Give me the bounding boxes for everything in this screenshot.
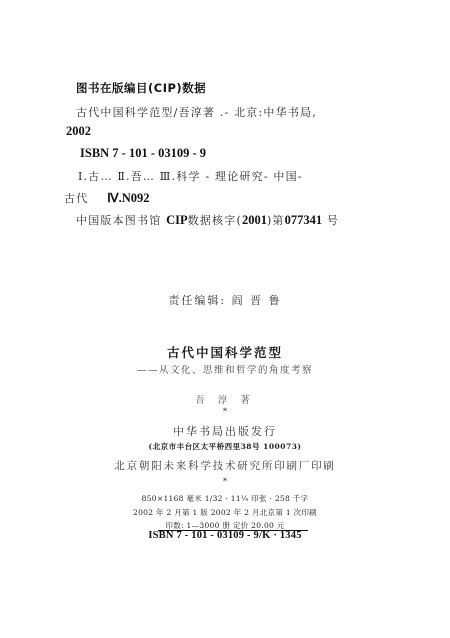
isbn-full: ISBN 7 - 101 - 03109 - 9/K · 1345 (0, 530, 450, 541)
cip-title-line: 古代中国科学范型/吾淳著 .- 北京:中华书局, (76, 104, 317, 120)
cip-number-mid2: )第 (267, 214, 285, 227)
cip-classification: Ⅳ.N092 (107, 191, 149, 205)
cip-number-year: 2001 (242, 213, 267, 227)
cip-isbn: ISBN 7 - 101 - 03109 - 9 (80, 146, 206, 161)
edition-info: 2002 年 2 月第 1 版 2002 年 2 月北京第 1 次印刷 (0, 507, 450, 518)
cip-number-value: 077341 (285, 213, 323, 227)
cip-publication-year: 2002 (66, 124, 91, 139)
cip-data-number: 中国版本图书馆 CIP数据核字(2001)第077341 号 (76, 212, 339, 228)
cip-subjects-line2: 古代 Ⅳ.N092 (64, 190, 150, 206)
cip-number-prefix: 中国版本图书馆 (76, 214, 161, 227)
printer: 北京朝阳未来科学技术研究所印刷厂印刷 (0, 458, 450, 473)
cip-number-suffix: 号 (327, 214, 339, 227)
publisher-address: (北京市丰台区太平桥西里38号 100073) (0, 441, 450, 452)
separator-star-icon: * (0, 477, 450, 486)
responsible-editor: 责任编辑: 阎 晋 鲁 (0, 292, 450, 308)
book-title: 古代中国科学范型 (0, 343, 450, 361)
separator-star-icon: * (0, 407, 450, 416)
cip-number-label: CIP (166, 213, 188, 227)
cip-subjects-prefix: 古代 (64, 192, 88, 205)
book-subtitle: ——从文化、思维和哲学的角度考察 (0, 362, 450, 376)
publisher: 中华书局出版发行 (0, 423, 450, 439)
cip-heading: 图书在版编目(CIP)数据 (76, 80, 206, 96)
format-spec: 850×1168 毫米 1/32 · 11¼ 印张 · 258 千字 (0, 493, 450, 504)
book-author: 吾 淳 著 (0, 392, 450, 406)
cip-subjects-line1: Ⅰ.古… Ⅱ.吾… Ⅲ.科学 - 理论研究- 中国- (78, 168, 303, 184)
cip-number-mid: 数据核字( (188, 214, 242, 227)
